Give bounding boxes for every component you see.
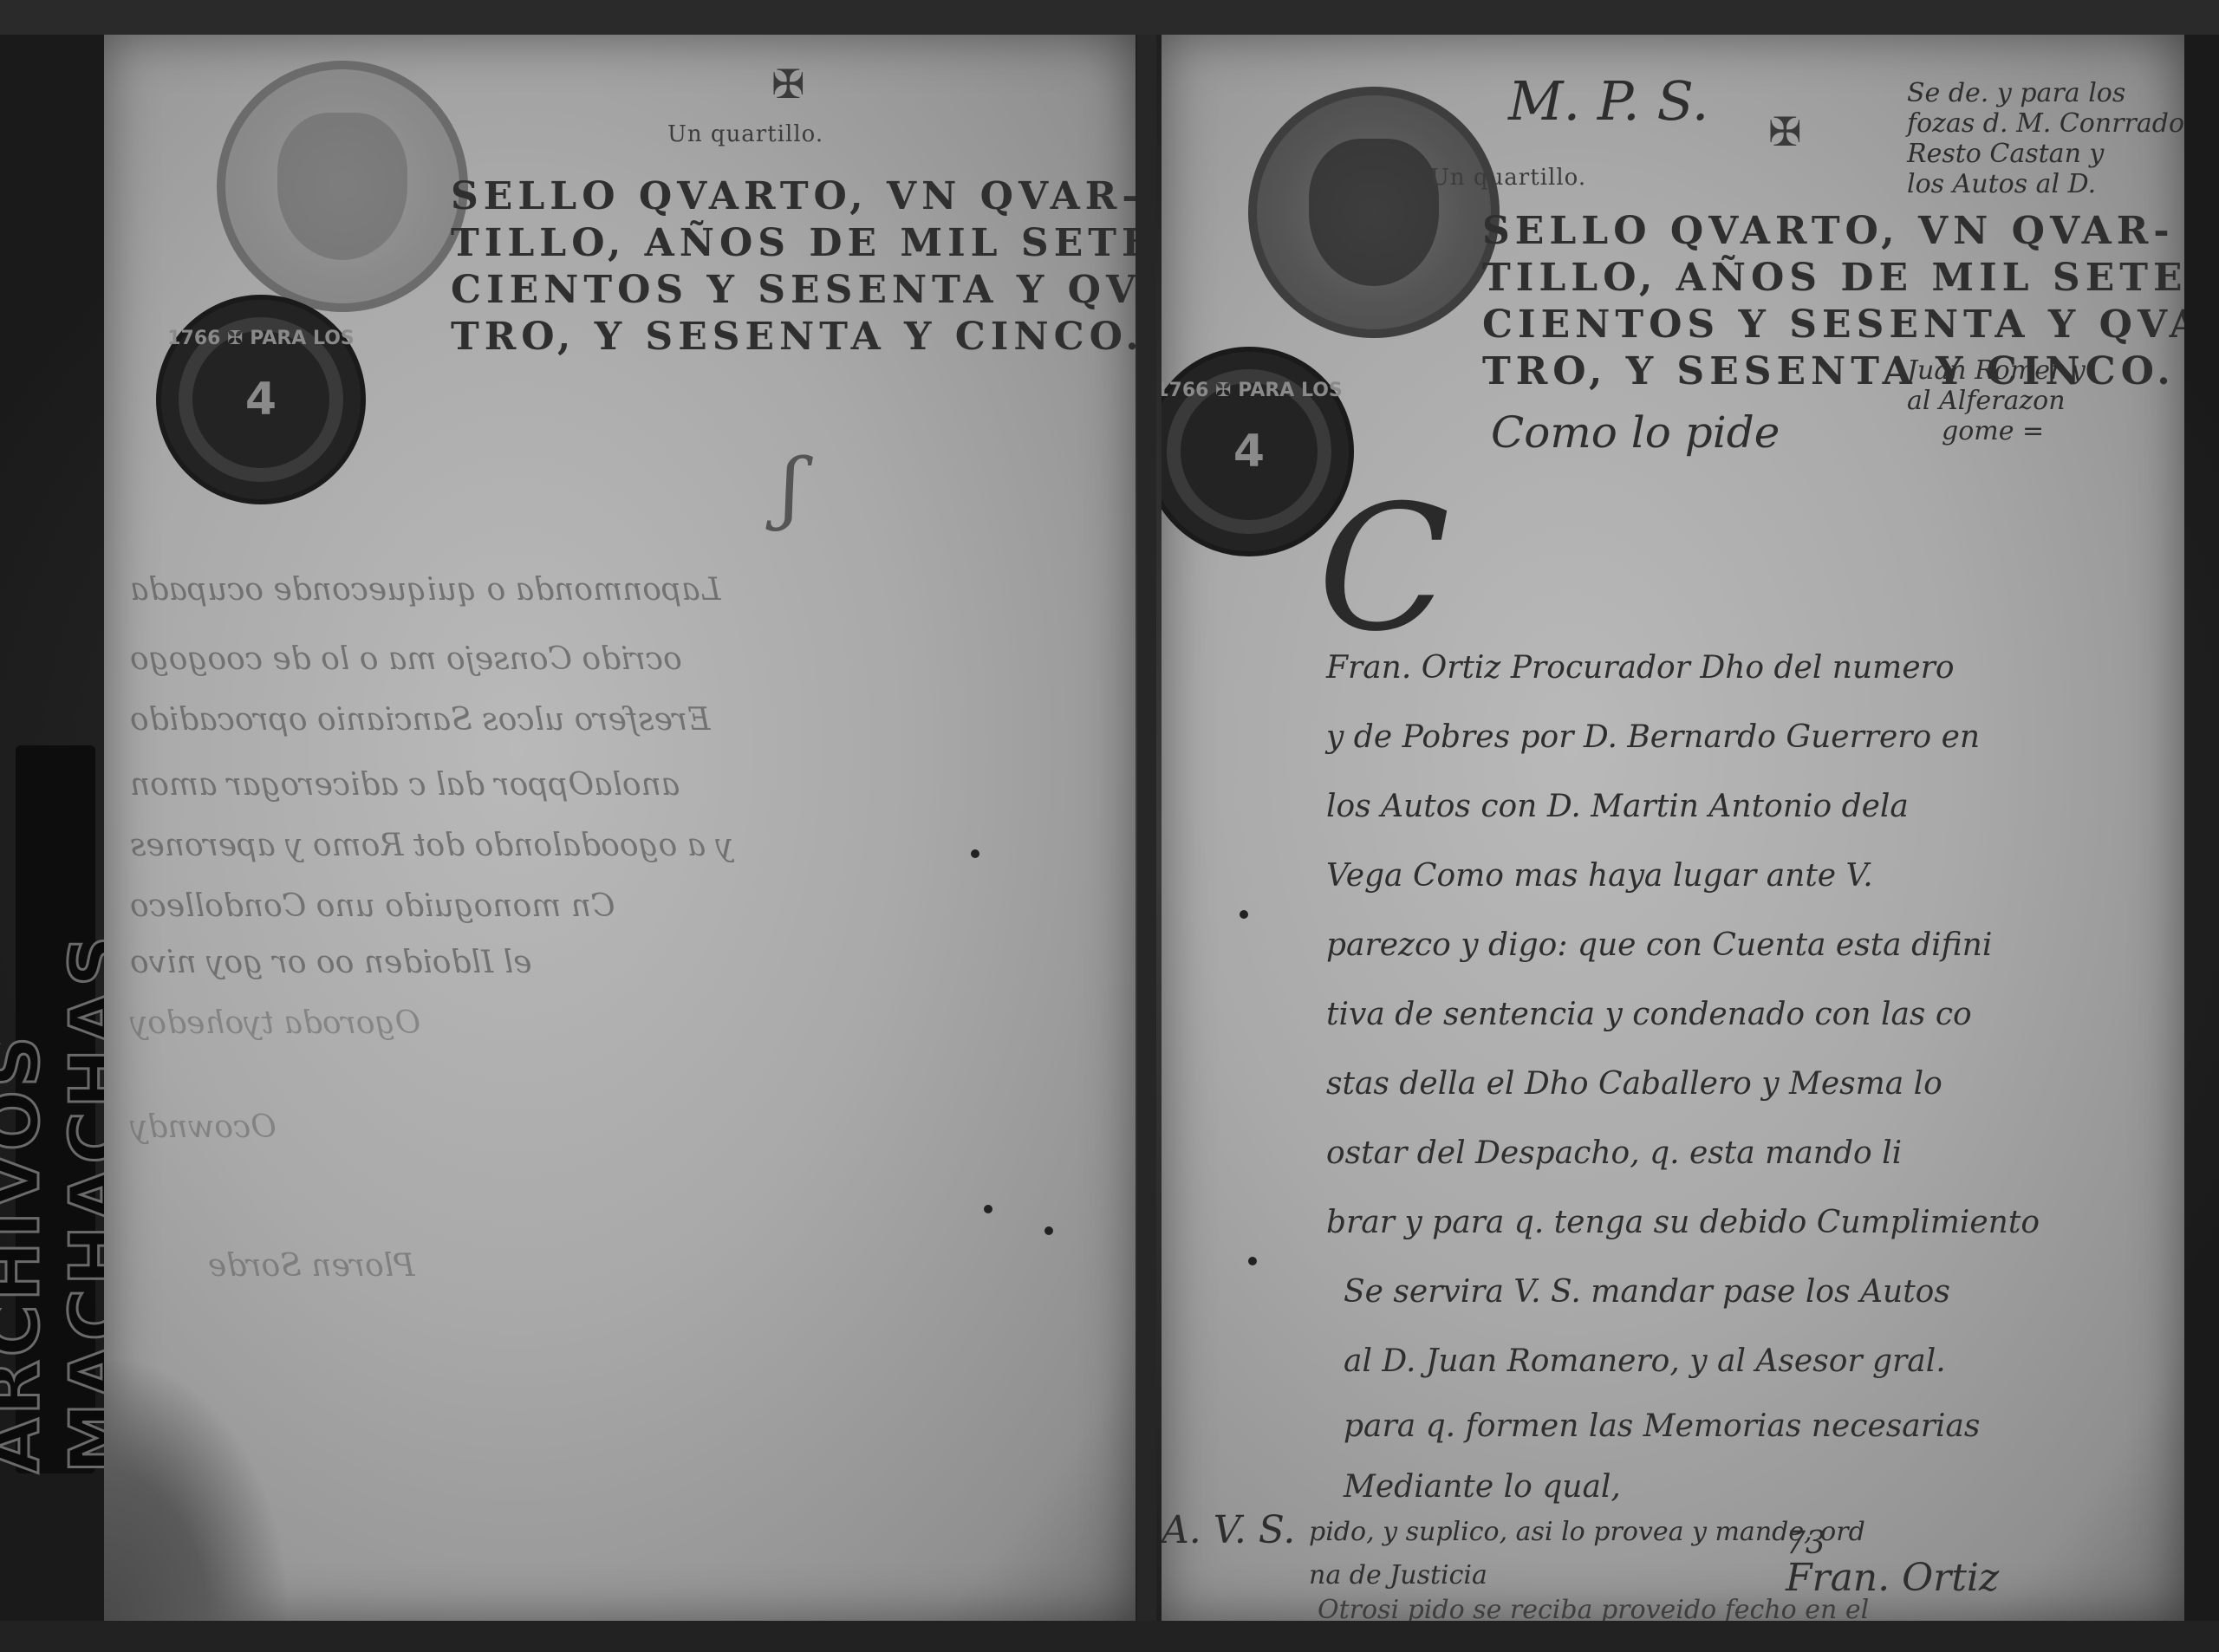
- header-line: TRO, Y SESENTA Y CINCO.: [451, 314, 1136, 361]
- margin-note-line: al Alferazon: [1907, 386, 2086, 416]
- spine-label: ARCHIVOS MACHACHAS: [16, 745, 95, 1473]
- film-bottom-border: [0, 1621, 2219, 1652]
- seal-shield-icon: [277, 113, 407, 260]
- seal-shield-icon: [1309, 139, 1439, 286]
- header-line: TILLO, AÑOS DE MIL SETE-: [451, 220, 1136, 267]
- cross-icon: ✠: [1768, 108, 1802, 155]
- body-line: y de Pobres por D. Bernardo Guerrero en: [1326, 719, 1980, 755]
- body-line: ostar del Despacho, q. esta mando li: [1326, 1135, 1902, 1171]
- bleed-through-line: Ocowndy: [130, 1109, 277, 1145]
- header-line: CIENTOS Y SESENTA Y QVA-: [451, 267, 1136, 314]
- cross-icon: ✠: [771, 61, 805, 107]
- body-line: para q. formen las Memorias necesarias: [1344, 1408, 1980, 1444]
- stamp-ring: 1766 ✠ PARA LOS 4: [1167, 369, 1331, 534]
- margin-note-line: Resto Castan y: [1907, 139, 2184, 169]
- right-page: M. P. S. ✠ Un quartillo. SELLO QVARTO, V…: [1162, 35, 2184, 1621]
- margin-note-line: los Autos al D.: [1907, 169, 2184, 199]
- ink-spot: [971, 849, 979, 858]
- ink-spot: [1240, 910, 1248, 919]
- body-line: brar y para q. tenga su debido Cumplimie…: [1326, 1205, 2040, 1240]
- ink-spot: [984, 1205, 992, 1213]
- body-line: Mediante lo qual,: [1344, 1469, 1621, 1505]
- body-line: stas della el Dho Caballero y Mesma lo: [1326, 1066, 1942, 1102]
- decree-text: Como lo pide: [1491, 407, 1780, 458]
- closing-margin: A. V. S.: [1162, 1508, 1295, 1552]
- header-line: SELLO QVARTO, VN QVAR-: [1482, 208, 2184, 255]
- margin-note-line: fozas d. M. Conrrado: [1907, 108, 2184, 139]
- body-line: Fran. Ortiz Procurador Dho del numero: [1326, 650, 1955, 686]
- stamp-ring: 1766 ✠ PARA LOS 4: [179, 317, 343, 482]
- margin-note-bottom: Juan Romer y al Alferazon gome =: [1907, 355, 2086, 446]
- header-line: SELLO QVARTO, VN QVAR-: [451, 173, 1136, 220]
- bleed-through-line: Eresfero ulcos Sancianio oprocadido: [130, 702, 710, 738]
- margin-note-top: Se de. y para los fozas d. M. Conrrado R…: [1907, 78, 2184, 199]
- bleed-through-line: Laponmonda o quiqueconde ocupada: [130, 572, 720, 608]
- closing-line: na de Justicia: [1309, 1560, 1487, 1590]
- signature: Fran. Ortiz: [1786, 1556, 1999, 1600]
- bleed-through-line: Ogoroda tyohedoy: [130, 1005, 420, 1041]
- flourish-mark-icon: ʃ: [780, 442, 801, 533]
- initial-flourish: C: [1318, 468, 1450, 670]
- bleed-through-line: y a ogoodalondo dot Romo y aperones: [130, 828, 733, 863]
- bleed-through-line: el Ildoiden oo or goy nivo: [130, 945, 532, 980]
- stamp-value: 4: [245, 374, 277, 426]
- closing-line: pido, y suplico, asi lo provea y mande, …: [1309, 1517, 1865, 1547]
- body-line: tiva de sentencia y condenado con las co: [1326, 997, 1972, 1032]
- stamp-value: 4: [1233, 426, 1265, 478]
- carolus-coat-of-arms-seal-icon: [1248, 87, 1500, 338]
- header-line: CIENTOS Y SESENTA Y QVA-: [1482, 302, 2184, 348]
- film-top-border: [0, 0, 2219, 35]
- stamp-value-subheader: Un quartillo.: [667, 121, 823, 147]
- bleed-through-line: anolaOppor dal c adicerogar amon: [130, 767, 680, 803]
- body-line: Se servira V. S. mandar pase los Autos: [1344, 1274, 1950, 1310]
- printed-stamp-header: SELLO QVARTO, VN QVAR-TILLO, AÑOS DE MIL…: [451, 173, 1136, 361]
- page-corner-shadow: [104, 1361, 286, 1621]
- body-line: los Autos con D. Martin Antonio dela: [1326, 789, 1909, 824]
- margin-note-line: Juan Romer y: [1907, 355, 2086, 386]
- stamp-value-subheader: Un quartillo.: [1430, 165, 1586, 191]
- ink-spot: [1248, 1257, 1257, 1265]
- body-line: parezco y digo: que con Cuenta esta difi…: [1326, 927, 1992, 963]
- bleed-through-signature: Ploren Sorde: [208, 1248, 414, 1284]
- bleed-through-line: ocrido Consejo ma o lo de coogogo: [130, 641, 682, 677]
- stamp-ring-text: 1766 ✠ PARA LOS: [167, 328, 355, 349]
- stamp-ring-text: 1766 ✠ PARA LOS: [1162, 380, 1343, 401]
- coat-of-arms-seal-icon: [217, 61, 468, 312]
- ink-spot: [1044, 1226, 1053, 1235]
- tax-stamp-seal-icon: 1766 ✠ PARA LOS 4: [156, 295, 366, 504]
- bleed-through-line: Cn monoguido uno Condolleco: [130, 888, 615, 924]
- body-line: Vega Como mas haya lugar ante V.: [1326, 858, 1873, 894]
- margin-note-line: Se de. y para los: [1907, 78, 2184, 108]
- center-gutter: [1137, 35, 1156, 1621]
- footer-line: Otrosi pido se reciba proveido fecho en …: [1318, 1595, 1869, 1621]
- left-page: ✠ Un quartillo. SELLO QVARTO, VN QVAR-TI…: [104, 35, 1136, 1621]
- header-mark: M. P. S.: [1508, 69, 1708, 133]
- header-line: TILLO, AÑOS DE MIL SETE-: [1482, 255, 2184, 302]
- body-line: al D. Juan Romanero, y al Asesor gral.: [1344, 1343, 1946, 1379]
- margin-note-line: gome =: [1942, 416, 2120, 446]
